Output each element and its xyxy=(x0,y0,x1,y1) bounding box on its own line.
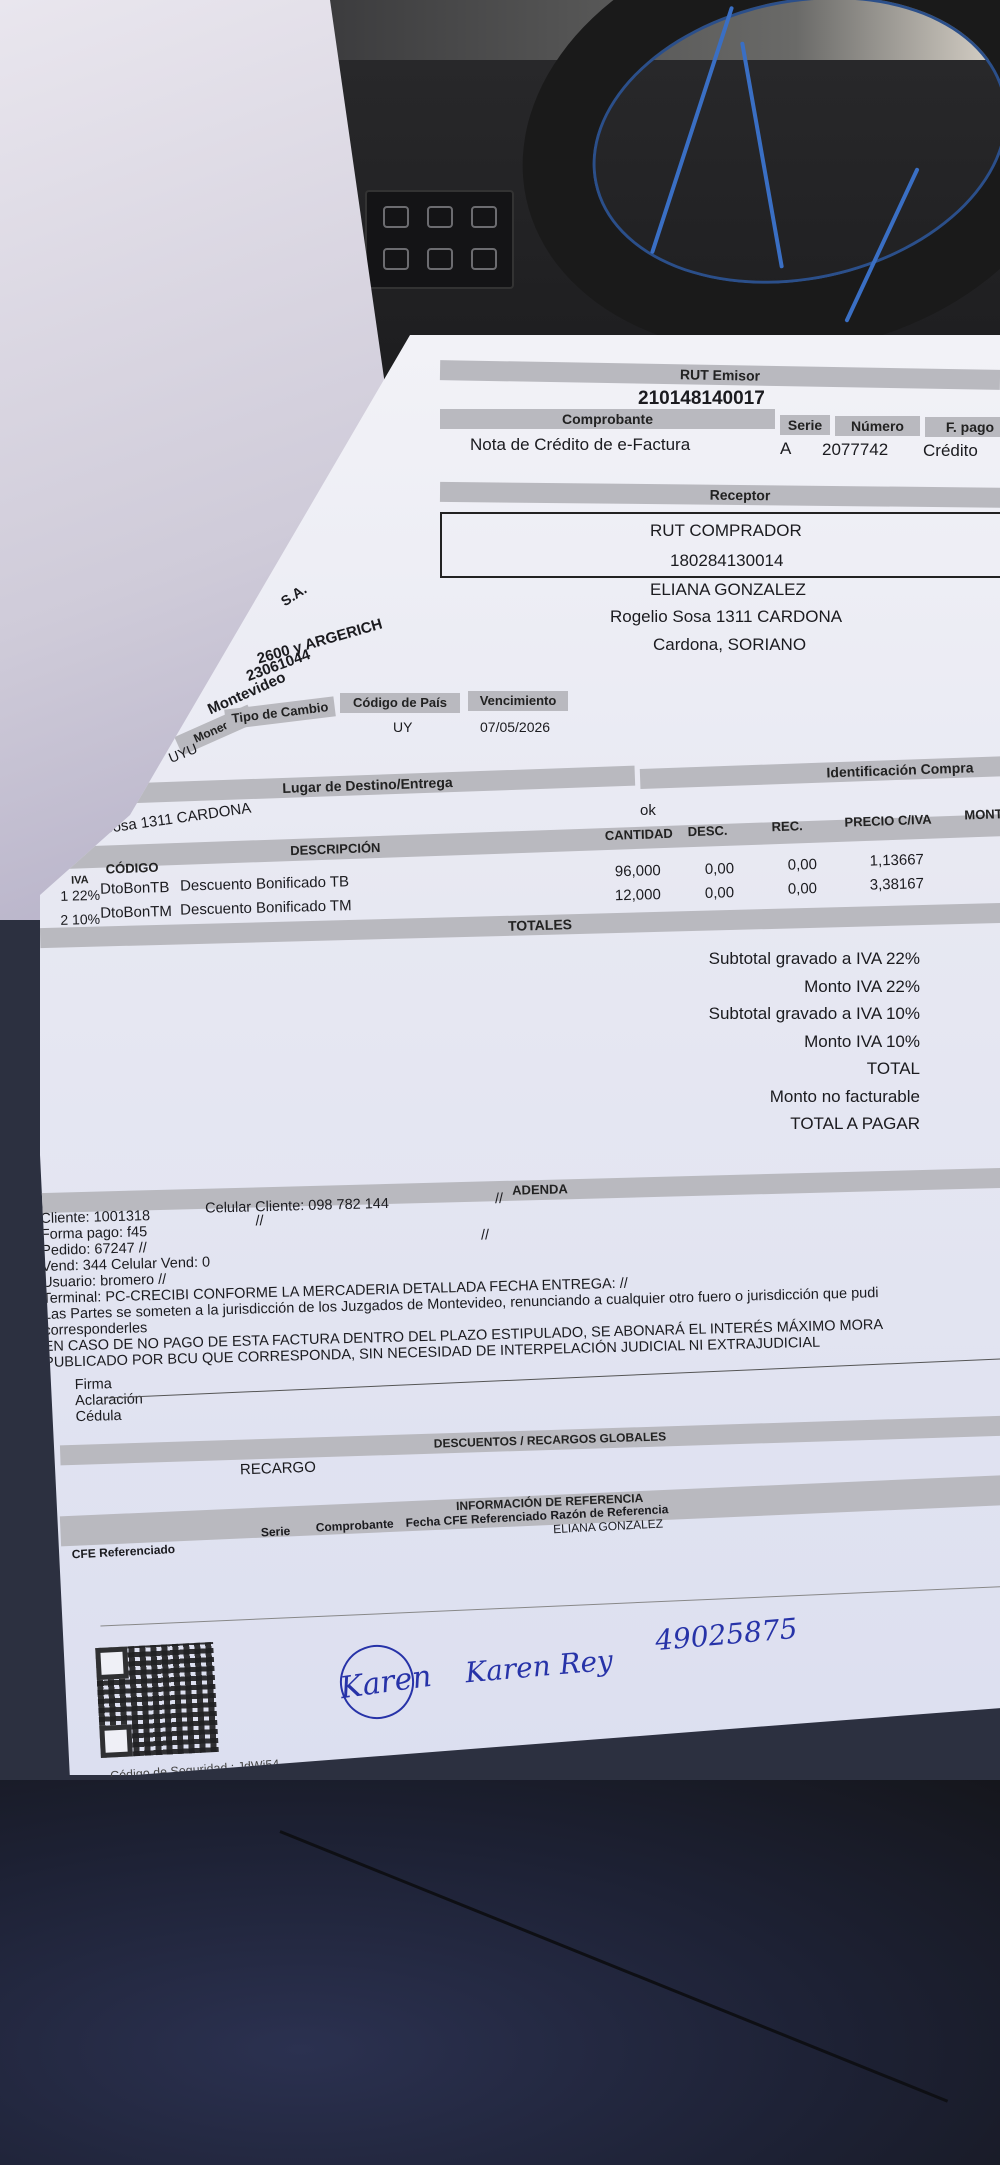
subtotal-iva-10: Subtotal gravado a IVA 10% xyxy=(709,1000,920,1028)
handwritten-name: Karen Rey xyxy=(464,1644,614,1690)
monto-iva-10: Monto IVA 10% xyxy=(709,1028,920,1056)
item-precio: 1,13667 xyxy=(869,851,924,869)
cedula-label: Cédula xyxy=(75,1408,121,1425)
receptor-header: Receptor xyxy=(440,482,1000,508)
referencia-divider xyxy=(100,1584,1000,1626)
rut-comprador-label: RUT COMPRADOR xyxy=(650,521,802,541)
fpago-header: F. pago xyxy=(925,417,1000,437)
recargo-label: RECARGO xyxy=(240,1459,316,1479)
adenda-header: ADENDA xyxy=(40,1167,1000,1213)
total: TOTAL xyxy=(709,1055,920,1083)
column-monto: MONTO xyxy=(964,804,1000,826)
handwritten-number: 49025875 xyxy=(654,1612,799,1657)
comprobante-value: Nota de Crédito de e-Factura xyxy=(470,435,690,455)
receptor-ciudad: Cardona, SORIANO xyxy=(653,635,806,655)
item-rec: 0,00 xyxy=(788,880,818,898)
monto-iva-22: Monto IVA 22% xyxy=(709,973,920,1001)
rut-emisor-header: RUT Emisor xyxy=(440,360,1000,390)
receptor-direccion: Rogelio Sosa 1311 CARDONA xyxy=(610,607,842,627)
column-desc: DESC. xyxy=(687,821,727,842)
signature-loop xyxy=(330,1635,425,1730)
monto-no-facturable: Monto no facturable xyxy=(709,1083,920,1111)
codigo-pais-value: UY xyxy=(393,719,412,735)
vencimiento-header: Vencimiento xyxy=(468,691,568,711)
item-descripcion: Descuento Bonificado TM xyxy=(180,897,352,918)
column-serie: Serie xyxy=(261,1524,291,1540)
vencimiento-value: 07/05/2026 xyxy=(480,719,550,735)
column-rec: REC. xyxy=(771,816,803,837)
receptor-nombre: ELIANA GONZALEZ xyxy=(650,580,806,600)
identificacion-compra-header: Identificación Compra xyxy=(640,755,1000,789)
qr-code xyxy=(95,1642,219,1758)
item-iva: 2 10% xyxy=(60,911,100,928)
serie-header: Serie xyxy=(780,415,830,435)
item-cantidad: 96,000 xyxy=(615,862,661,880)
column-precio: PRECIO C/IVA xyxy=(844,810,932,833)
rut-comprador-value: 180284130014 xyxy=(670,551,783,571)
descuentos-header: DESCUENTOS / RECARGOS GLOBALES xyxy=(60,1415,1000,1466)
item-desc: 0,00 xyxy=(705,860,735,878)
lugar-destino-header: Lugar de Destino/Entrega xyxy=(100,766,635,805)
firma-label: Firma xyxy=(75,1376,112,1393)
serie-value: A xyxy=(780,439,791,459)
subtotal-iva-22: Subtotal gravado a IVA 22% xyxy=(709,945,920,973)
item-codigo: DtoBonTB xyxy=(100,879,170,898)
adenda-separator: // xyxy=(481,1227,489,1243)
dashboard-button-panel xyxy=(365,190,514,289)
identificacion-compra-value: ok xyxy=(640,802,656,819)
item-descripcion: Descuento Bonificado TB xyxy=(180,873,349,894)
comprobante-header: Comprobante xyxy=(440,409,775,429)
rut-emisor-value: 210148140017 xyxy=(638,388,765,410)
adenda-separator: // xyxy=(495,1191,503,1207)
item-cantidad: 12,000 xyxy=(615,886,661,904)
fpago-value: Crédito xyxy=(923,441,978,461)
item-precio: 3,38167 xyxy=(870,875,925,893)
column-descripcion: DESCRIPCIÓN xyxy=(290,838,381,861)
numero-header: Número xyxy=(835,416,920,436)
item-desc: 0,00 xyxy=(705,884,735,902)
total-a-pagar: TOTAL A PAGAR xyxy=(709,1110,920,1138)
column-cantidad: CANTIDAD xyxy=(605,824,674,846)
emisor-razon-social: S.A. xyxy=(278,581,310,609)
adenda-celular-cliente: Celular Cliente: 098 782 144 xyxy=(205,1196,389,1217)
item-codigo: DtoBonTM xyxy=(100,903,172,922)
codigo-pais-header: Código de País xyxy=(340,693,460,713)
adenda-separator: // xyxy=(255,1213,263,1229)
totales-list: Subtotal gravado a IVA 22% Monto IVA 22%… xyxy=(709,945,920,1138)
numero-value: 2077742 xyxy=(822,440,888,460)
item-rec: 0,00 xyxy=(788,856,818,874)
fabric-background xyxy=(0,1780,1000,2165)
aclaracion-label: Aclaración xyxy=(75,1391,143,1409)
